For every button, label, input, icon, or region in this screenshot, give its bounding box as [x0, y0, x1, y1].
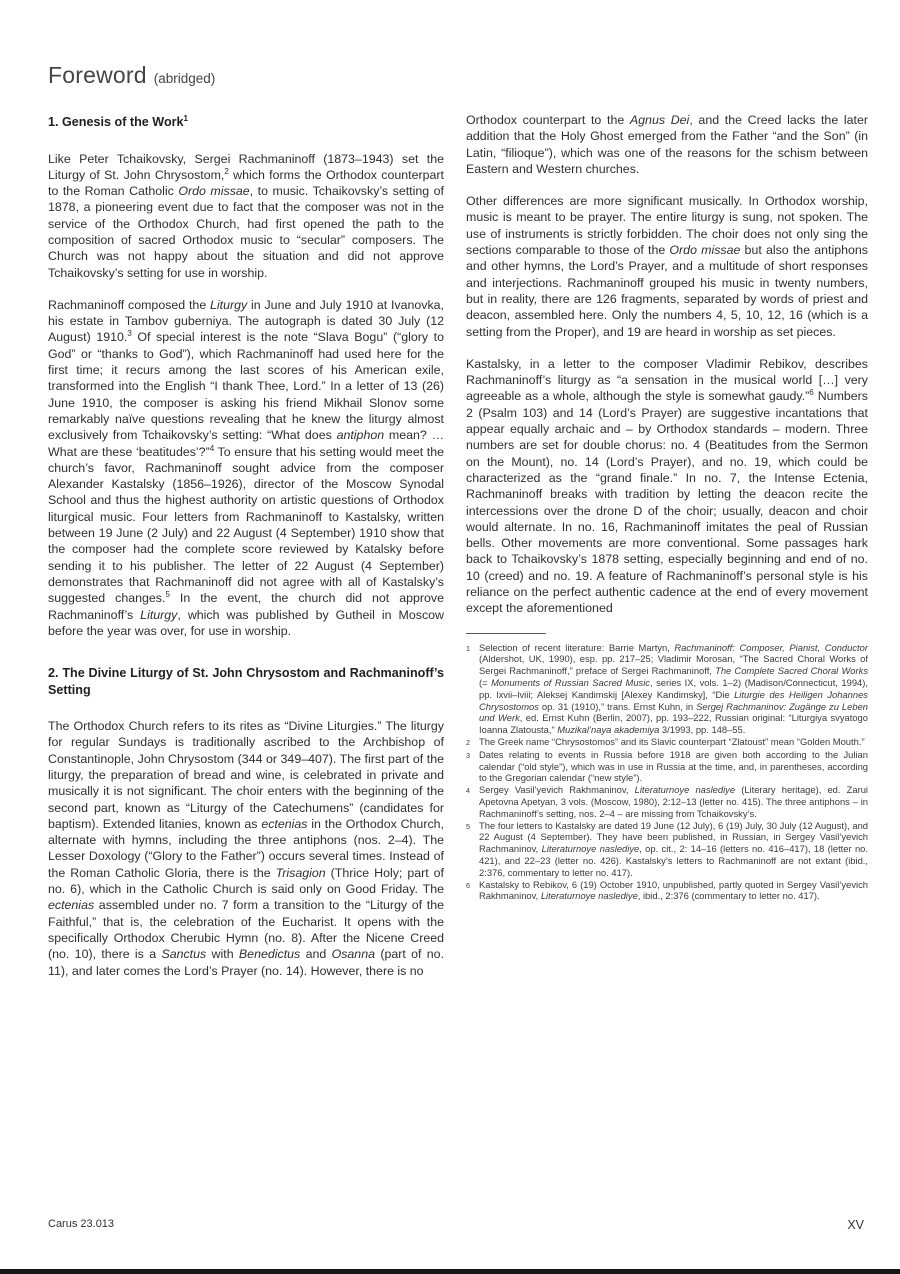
footnote-text: The Greek name “Chrysostomos” and its Sl…	[479, 736, 868, 749]
page-number: XV	[847, 1218, 864, 1232]
left-column: 1. Genesis of the Work1Like Peter Tchaik…	[48, 112, 444, 995]
right-paragraph: Orthodox counterpart to the Agnus Dei, a…	[466, 112, 868, 177]
left-paragraph: The Orthodox Church refers to its rites …	[48, 718, 444, 979]
page-title: Foreword(abridged)	[48, 62, 215, 89]
footnote-text: Sergey Vasil’yevich Rakhmaninov, Literat…	[479, 784, 868, 819]
footnote: 6Kastalsky to Rebikov, 6 (19) October 19…	[466, 879, 868, 903]
footnote: 3Dates relating to events in Russia befo…	[466, 749, 868, 784]
right-column-body: Orthodox counterpart to the Agnus Dei, a…	[466, 112, 868, 617]
left-section-heading: 1. Genesis of the Work1	[48, 114, 444, 131]
right-paragraph: Other differences are more significant m…	[466, 193, 868, 340]
right-column: Orthodox counterpart to the Agnus Dei, a…	[466, 112, 868, 902]
document-page: Foreword(abridged) 1. Genesis of the Wor…	[0, 0, 900, 1274]
scan-edge-bar	[0, 1269, 900, 1274]
footnote-number: 1	[466, 642, 479, 736]
page-footer: Carus 23.013 XV	[48, 1218, 864, 1232]
footnote: 5The four letters to Kastalsky are dated…	[466, 820, 868, 879]
left-paragraph: Rachmaninoff composed the Liturgy in Jun…	[48, 297, 444, 639]
footnote-number: 6	[466, 879, 479, 903]
footnote-number: 2	[466, 736, 479, 749]
footnote: 1Selection of recent literature: Barrie …	[466, 642, 868, 736]
two-column-body: 1. Genesis of the Work1Like Peter Tchaik…	[48, 112, 868, 995]
footnote-text: The four letters to Kastalsky are dated …	[479, 820, 868, 879]
footnote: 2The Greek name “Chrysostomos” and its S…	[466, 736, 868, 749]
footnotes-section: 1Selection of recent literature: Barrie …	[466, 633, 868, 903]
footnote-text: Dates relating to events in Russia befor…	[479, 749, 868, 784]
footnote-number: 4	[466, 784, 479, 819]
footnote-text: Selection of recent literature: Barrie M…	[479, 642, 868, 736]
left-section-heading: 2. The Divine Liturgy of St. John Chryso…	[48, 665, 444, 698]
title-suffix: (abridged)	[154, 71, 216, 86]
footnote-number: 3	[466, 749, 479, 784]
footnote-list: 1Selection of recent literature: Barrie …	[466, 642, 868, 903]
left-paragraph: Like Peter Tchaikovsky, Sergei Rachmanin…	[48, 151, 444, 281]
footnote: 4Sergey Vasil’yevich Rakhmaninov, Litera…	[466, 784, 868, 819]
right-paragraph: Kastalsky, in a letter to the composer V…	[466, 356, 868, 617]
publisher-number: Carus 23.013	[48, 1218, 114, 1232]
footnote-text: Kastalsky to Rebikov, 6 (19) October 191…	[479, 879, 868, 903]
footnote-separator-rule	[466, 633, 546, 634]
title-text: Foreword	[48, 62, 147, 88]
footnote-number: 5	[466, 820, 479, 879]
